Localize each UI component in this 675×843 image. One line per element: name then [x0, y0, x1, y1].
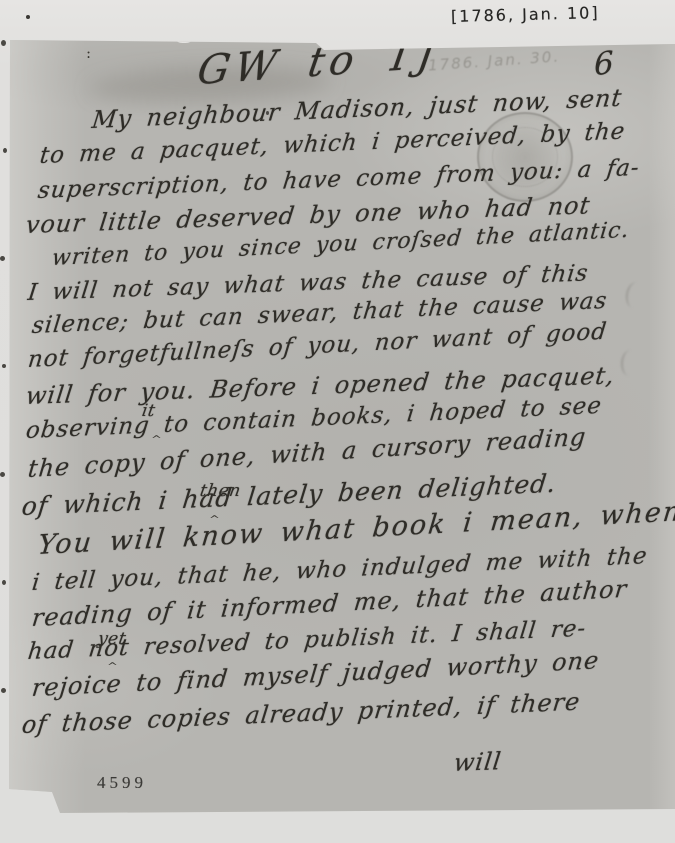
caret-mark-icon: ^: [107, 661, 118, 673]
interline-insertion: then: [198, 481, 242, 501]
scan-edge-speck: [2, 580, 6, 585]
caret-mark-icon: ^: [209, 514, 220, 526]
scan-edge-speck: [0, 472, 5, 477]
scan-edge-speck: [1, 40, 6, 46]
catalog-number: 4599: [97, 773, 147, 793]
scan-edge-speck: [3, 148, 7, 153]
paper-speck: [266, 111, 269, 115]
letter-paper: 1786. Jan. 30. 6 : GW to TJ My neighbour…: [0, 0, 675, 843]
scanned-letter-page: [1786, Jan. 10] 1786. Jan. 30. 6 : GW to…: [0, 0, 675, 843]
scan-edge-speck: [2, 364, 6, 368]
scan-edge-speck: [0, 256, 5, 261]
scan-edge-speck: [26, 15, 30, 19]
page-number: 6: [594, 45, 614, 84]
ghost-date-offset: 1786. Jan. 30.: [428, 47, 561, 74]
heading-ink-mark: :: [86, 44, 91, 62]
paper-crease: [620, 349, 640, 376]
caret-mark-icon: ^: [151, 434, 162, 446]
paper-crease: [624, 281, 646, 310]
interline-insertion: yet: [96, 629, 127, 649]
paper-edge-chip: [176, 34, 192, 43]
letter-heading: GW to TJ: [194, 31, 442, 94]
scan-edge-speck: [1, 688, 6, 693]
archive-date-annotation: [1786, Jan. 10]: [451, 3, 600, 26]
catchword: will: [452, 747, 503, 777]
